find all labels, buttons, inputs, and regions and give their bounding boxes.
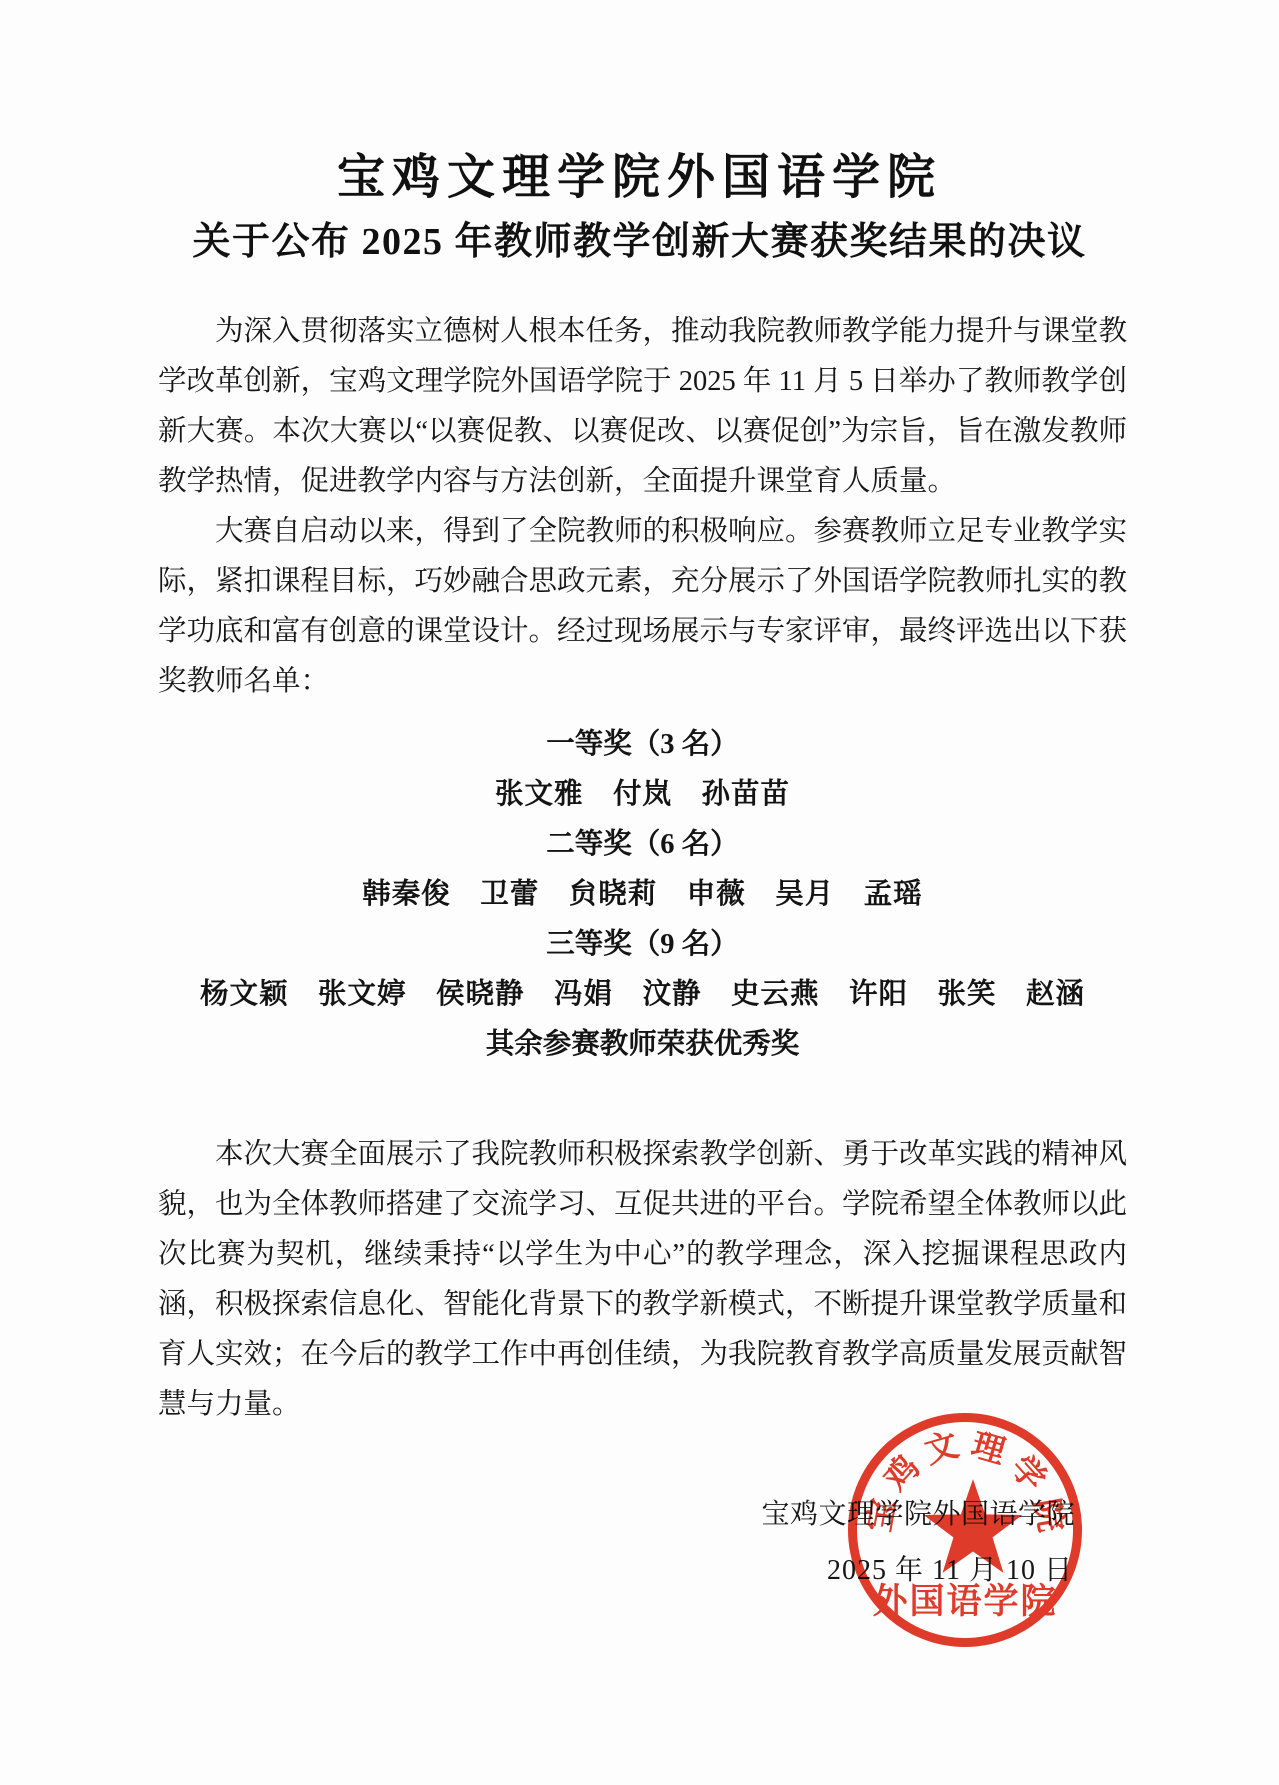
award-second-title: 二等奖（6 名）	[158, 820, 1127, 870]
award-third-names: 杨文颖 张文婷 侯晓静 冯娟 汶静 史云燕 许阳 张笑 赵涵	[158, 970, 1127, 1020]
seal-arc-char-3: 文	[920, 1427, 965, 1472]
award-first-names: 张文雅 付岚 孙苗苗	[158, 770, 1127, 820]
paragraph-1: 为深入贯彻落实立德树人根本任务，推动我院教师教学能力提升与课堂教学改革创新，宝鸡…	[158, 307, 1127, 507]
official-seal: 宝 鸡 文 理 学 院 外国语学院	[848, 1413, 1082, 1647]
awards-note: 其余参赛教师荣获优秀奖	[158, 1020, 1127, 1070]
awards-list: 一等奖（3 名） 张文雅 付岚 孙苗苗 二等奖（6 名） 韩秦俊 卫蕾 贠晓莉 …	[158, 720, 1127, 1070]
document-title: 宝鸡文理学院外国语学院	[0, 138, 1279, 207]
closing-paragraph-block: 本次大赛全面展示了我院教师积极探索教学创新、勇于改革实践的精神风貌，也为全体教师…	[158, 1130, 1127, 1430]
seal-arc-char-6: 院	[1027, 1495, 1069, 1537]
seal-arc-char-4: 理	[966, 1427, 1011, 1472]
award-second-names: 韩秦俊 卫蕾 贠晓莉 申薇 吴月 孟瑶	[158, 870, 1127, 920]
seal-arc-char-1: 宝	[861, 1495, 903, 1537]
body-paragraphs: 为深入贯彻落实立德树人根本任务，推动我院教师教学能力提升与课堂教学改革创新，宝鸡…	[158, 307, 1127, 707]
award-first-title: 一等奖（3 名）	[158, 720, 1127, 770]
seal-star-icon	[919, 1477, 1027, 1585]
paragraph-2: 大赛自启动以来，得到了全院教师的积极响应。参赛教师立足专业教学实际，紧扣课程目标…	[158, 507, 1127, 707]
closing-paragraph: 本次大赛全面展示了我院教师积极探索教学创新、勇于改革实践的精神风貌，也为全体教师…	[158, 1130, 1127, 1430]
document-subtitle: 关于公布 2025 年教师教学创新大赛获奖结果的决议	[0, 210, 1279, 265]
seal-bottom-text: 外国语学院	[857, 1574, 1073, 1624]
document-page: 宝鸡文理学院外国语学院 关于公布 2025 年教师教学创新大赛获奖结果的决议 为…	[0, 0, 1279, 1785]
award-third-title: 三等奖（9 名）	[158, 920, 1127, 970]
